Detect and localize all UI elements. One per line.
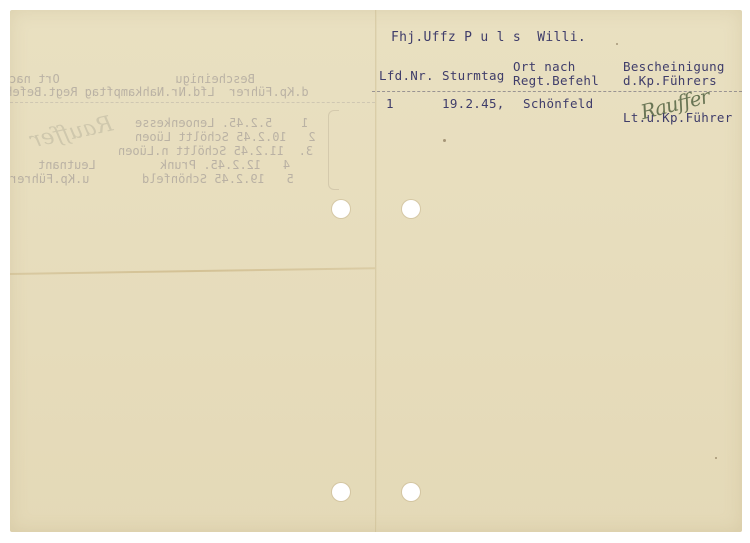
col-header-bescheinigung-line1: Bescheinigung: [623, 59, 725, 74]
record-holder-name: Fhj.Uffz P u l s Willi.: [391, 30, 586, 45]
bleed-row-1: 1 5.2.45. Lenoenkesse: [135, 116, 308, 130]
signature-title: Lt.u.Kp.Führer: [623, 110, 733, 125]
punch-hole-top-right: [402, 200, 420, 218]
punch-hole-top-left: [332, 200, 350, 218]
paper-speck: [443, 139, 446, 142]
col-header-lfd-nr: Lfd.Nr.: [379, 68, 434, 83]
bleed-bracket: [328, 110, 339, 190]
bleed-row-3: 3. 11.2.45 Schöltt n.Lüoen: [118, 144, 313, 158]
paper-speck: [715, 457, 717, 459]
bleed-row-5: 5 19.2.45 Schönfeld: [142, 172, 294, 186]
col-header-sturmtag: Sturmtag: [442, 68, 505, 83]
bleed-signature: Rauffer: [28, 112, 115, 154]
scan-canvas: Bescheinigu Schönfeld Ort nach d.Kp.Führ…: [0, 0, 750, 543]
center-fold: [375, 10, 377, 532]
bleed-row-2: 2 10.2.45 Schöltt Lüoen: [135, 130, 316, 144]
horizontal-crease: [10, 267, 375, 275]
bleed-signature-title-1: Leutnant: [38, 158, 96, 172]
row-1-date: 19.2.45,: [442, 96, 505, 111]
row-1-nr: 1: [386, 96, 394, 111]
col-header-ort-line1: Ort nach: [513, 59, 576, 74]
row-1-place: Schönfeld: [523, 96, 593, 111]
paper-speck: [616, 43, 618, 45]
punch-hole-bottom-right: [402, 483, 420, 501]
punch-hole-bottom-left: [332, 483, 350, 501]
bleed-row-4: 4 12.2.45. Prunk: [160, 158, 290, 172]
bleed-header-line1: Bescheinigu Schönfeld Ort nach: [10, 72, 255, 86]
col-header-ort-line2: Regt.Befehl: [513, 73, 599, 88]
bleed-signature-title-2: u.Kp.Führer: [10, 172, 89, 186]
document-paper: Bescheinigu Schönfeld Ort nach d.Kp.Führ…: [10, 10, 742, 532]
bleed-header-line2: d.Kp.Führer Lfd.Nr.Nahkampftag Regt.Befe…: [10, 85, 309, 99]
bleed-header-rule: [10, 102, 375, 103]
